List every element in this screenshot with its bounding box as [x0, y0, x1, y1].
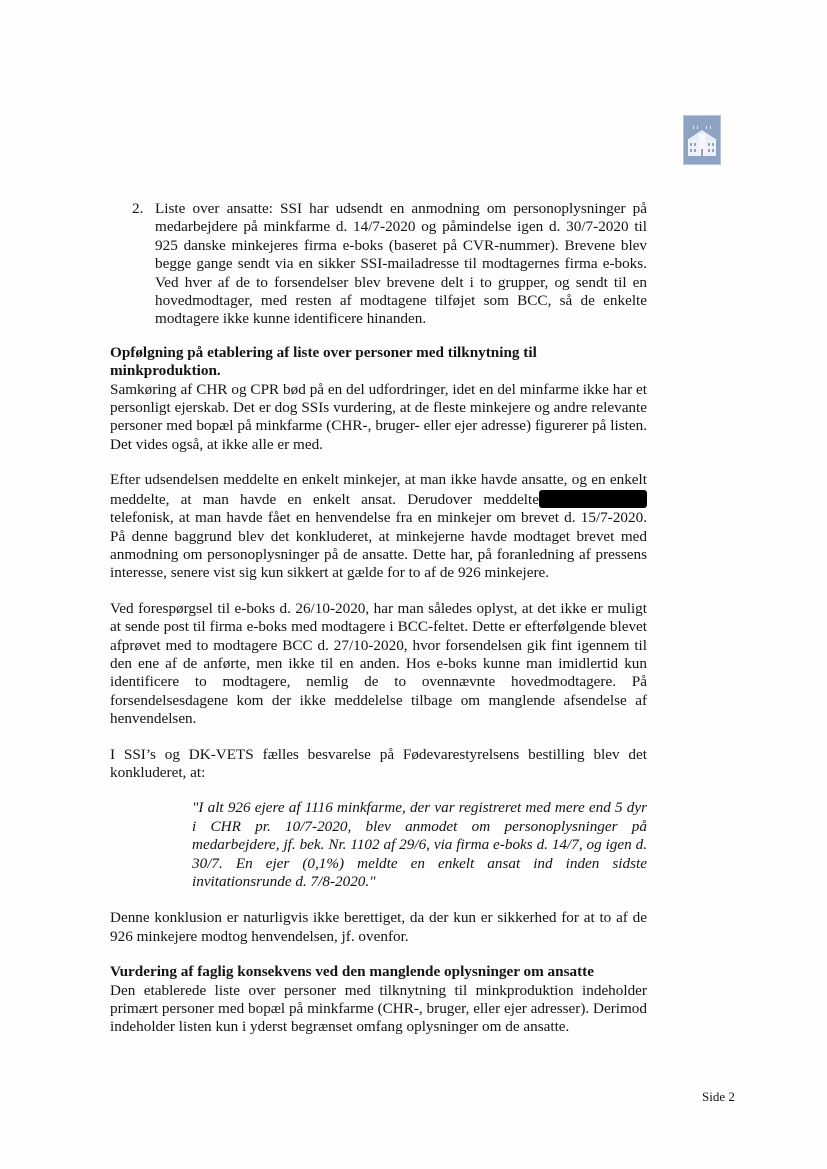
paragraph-responses: Efter udsendelsen meddelte en enkelt min… [110, 471, 647, 582]
block-quote: "I alt 926 ejere af 1116 minkfarme, der … [192, 799, 647, 891]
document-body: 2. Liste over ansatte: SSI har udsendt e… [110, 200, 647, 1037]
document-page: 2. Liste over ansatte: SSI har udsendt e… [0, 0, 827, 1169]
list-item: 2. Liste over ansatte: SSI har udsendt e… [110, 200, 647, 329]
numbered-list: 2. Liste over ansatte: SSI har udsendt e… [110, 200, 647, 329]
text-after-redaction: telefonisk, at man havde fået en henvend… [110, 509, 647, 581]
paragraph-eboks: Ved forespørgsel til e-boks d. 26/10-202… [110, 600, 647, 729]
section-assessment: Vurdering af faglig konsekvens ved den m… [110, 963, 647, 1037]
page-number: Side 2 [702, 1089, 735, 1105]
institute-building-logo-icon [683, 115, 721, 165]
section-body: Samkøring af CHR og CPR bød på en del ud… [110, 381, 647, 455]
section-body: Den etablerede liste over personer med t… [110, 982, 647, 1037]
paragraph-conclusion-assessment: Denne konklusion er naturligvis ikke ber… [110, 909, 647, 946]
section-heading: Vurdering af faglig konsekvens ved den m… [110, 963, 647, 981]
list-item-text: Liste over ansatte: SSI har udsendt en a… [155, 200, 647, 327]
paragraph-conclusion-intro: I SSI’s og DK-VETS fælles besvarelse på … [110, 746, 647, 783]
section-heading: Opfølgning på etablering af liste over p… [110, 344, 647, 381]
list-number: 2. [132, 200, 143, 218]
section-followup: Opfølgning på etablering af liste over p… [110, 344, 647, 454]
redaction-box [539, 490, 647, 508]
